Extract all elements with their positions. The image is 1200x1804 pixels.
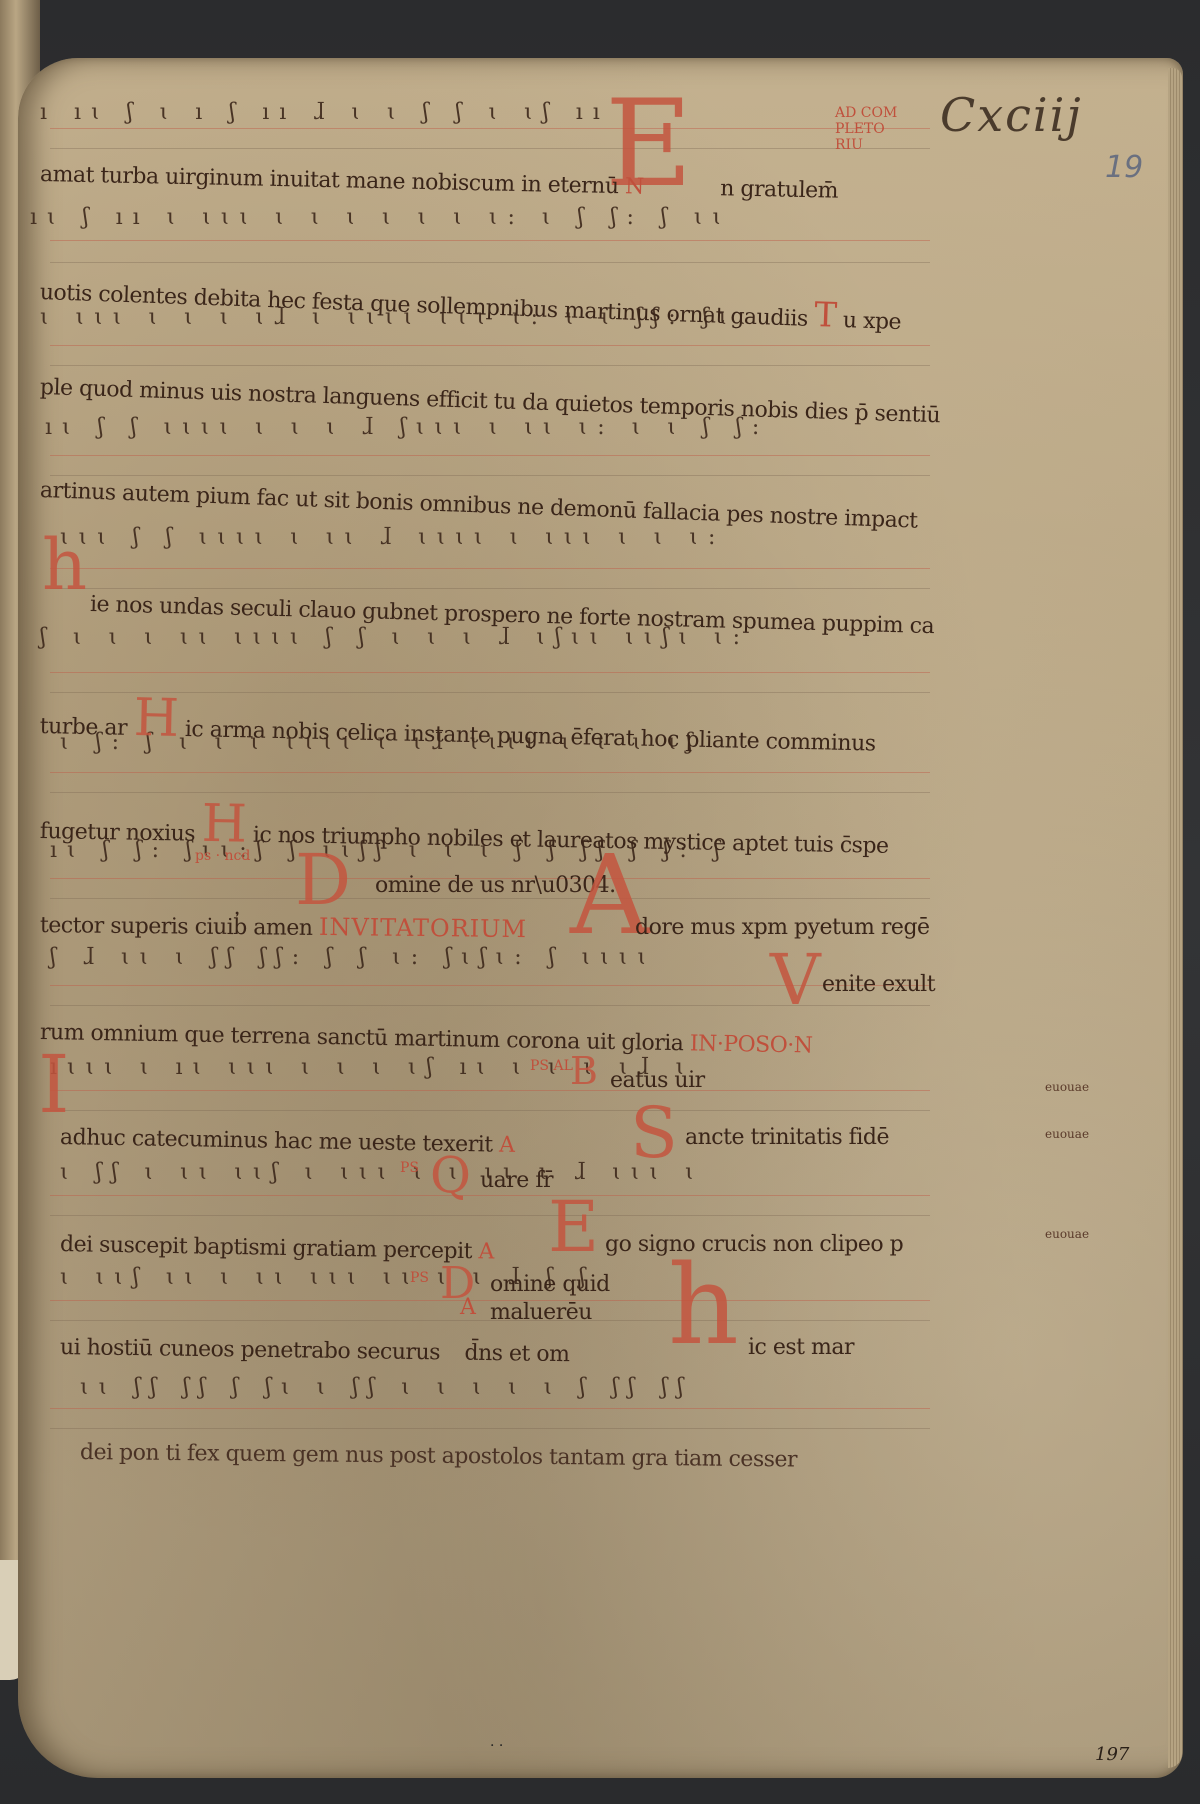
folio-number-pencil: 19 bbox=[1105, 150, 1143, 185]
chant-text-line: go signo crucis non clipeo p bbox=[605, 1232, 903, 1257]
neume-row: ʃ ɺ ɩɩ ɩ ʃʃ ʃʃ: ʃ ʃ ɩ: ʃɩʃɩ: ʃ ɩɩɩɩ bbox=[50, 945, 656, 970]
neume-row: ı ıɩ ʃ ɩ ı ʃ ıı ɺ ɩ ɩ ʃ ʃ ɩ ɩʃ ıı bbox=[40, 100, 610, 125]
margin-note-euouae: euouae bbox=[1045, 1127, 1089, 1141]
rubric-antiphon: A bbox=[460, 1300, 476, 1316]
neume-row: ɩɩ ʃʃ ʃʃ ʃ ʃɩ ɩ ʃʃ ɩ ɩ ɩ ɩ ɩ ʃ ʃʃ ʃʃ bbox=[80, 1375, 693, 1400]
chant-text-line: eatus uir bbox=[610, 1068, 705, 1093]
folio-number-roman: Cxciij bbox=[940, 88, 1083, 142]
rubric-ps-ncd: ps · ncd bbox=[195, 848, 250, 864]
initial-e-2: E bbox=[548, 1192, 599, 1262]
chant-text-line: tector superis ciuib̓ amen INVITATORIUM bbox=[40, 910, 527, 943]
neume-row: ıɩ ʃ ıı ɩ ɩɩɩ ɩ ɩ ɩ ɩ ɩ ɩ ɩ: ɩ ʃ ʃ: ʃ ɩɩ bbox=[30, 205, 731, 230]
rubric-ad-completorium: AD COM PLETO RIU bbox=[835, 105, 897, 153]
chant-text-line: enite exult bbox=[822, 972, 935, 997]
chant-text-line: maluerēu bbox=[490, 1300, 592, 1325]
initial-d: D bbox=[295, 845, 351, 915]
page-fore-edge bbox=[1168, 68, 1182, 1768]
ink-dots: · · bbox=[490, 1738, 503, 1754]
initial-h-2: h bbox=[668, 1250, 739, 1360]
rubric-psalm: PS bbox=[410, 1270, 429, 1286]
margin-note-euouae: euouae bbox=[1045, 1080, 1089, 1094]
chant-text-line: dore mus xpm pyetum regē bbox=[635, 915, 930, 940]
rubric-psalm: PS bbox=[400, 1160, 419, 1176]
folio-number-stamp: 197 bbox=[1095, 1744, 1129, 1765]
initial-i: I bbox=[38, 1045, 70, 1125]
initial-h: h bbox=[42, 530, 87, 600]
chant-text-line: uare fr̄ bbox=[480, 1168, 553, 1193]
neume-row: ɩ ʃʃ ɩ ɩɩ ɩɩʃ ɩ ɩɩɩ ɩ ɩ ɩɩ ɩ ɺ ɩɩɩ ɩ bbox=[60, 1160, 704, 1185]
neume-row: ɩɩɩ ʃ ʃ ɩɩɩɩ ɩ ɩɩ ɺ ɩɩɩɩ ɩ ɩɩɩ ɩ ɩ ɩ: bbox=[60, 525, 725, 550]
initial-b: B bbox=[570, 1052, 598, 1090]
chant-text-line: ic est mar bbox=[748, 1335, 854, 1360]
chant-text-line: ancte trinitatis fidē bbox=[685, 1125, 889, 1150]
initial-v: V bbox=[770, 945, 821, 1015]
rubric-psalm: PS AL bbox=[530, 1058, 573, 1074]
margin-note-euouae: euouae bbox=[1045, 1227, 1089, 1241]
initial-s: S bbox=[630, 1098, 678, 1168]
chant-text-line: omine quid bbox=[490, 1272, 610, 1297]
initial-q: Q bbox=[430, 1150, 471, 1200]
